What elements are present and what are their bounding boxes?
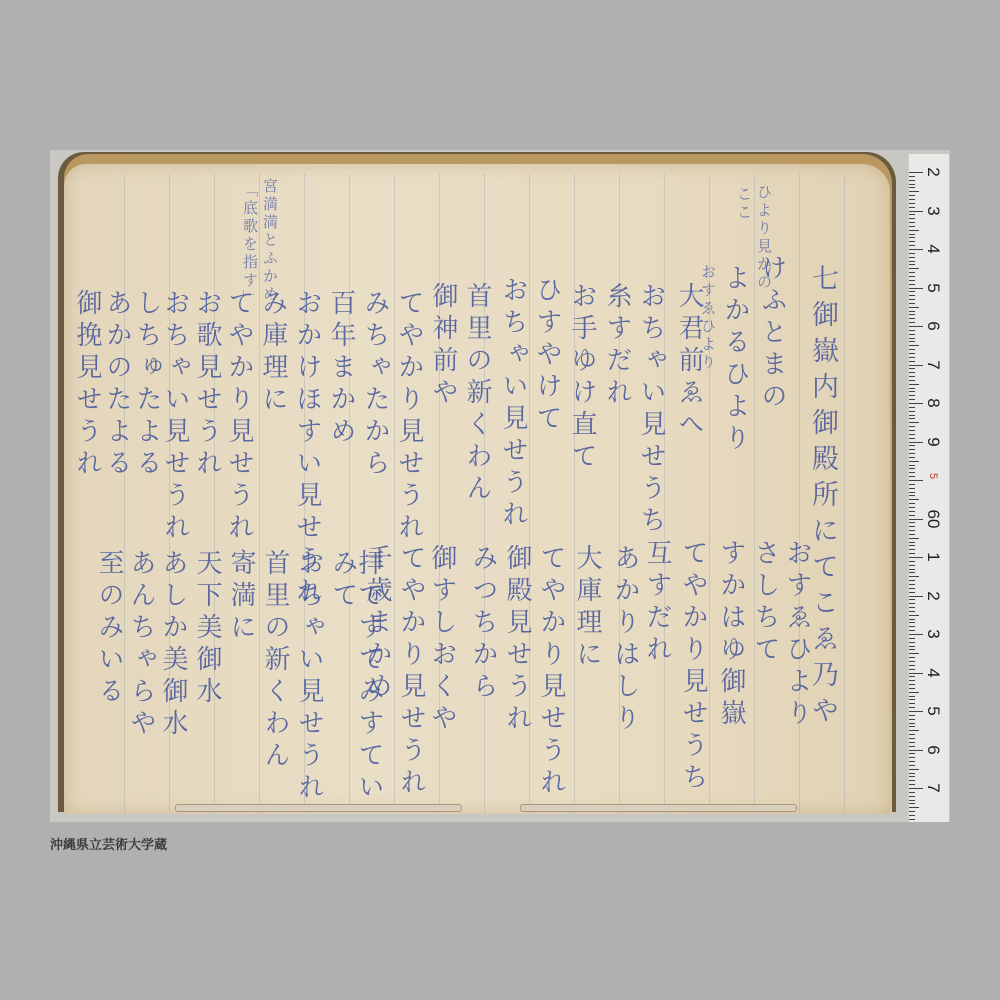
ruler-number: 9 [923, 432, 943, 452]
ruler-tick [909, 615, 919, 616]
ruler-tick [909, 688, 915, 689]
text-column: 糸すだれ [604, 282, 630, 410]
text-column: おちゃい見せうれ [500, 276, 526, 532]
ruler-tick [909, 680, 915, 681]
text-column: てやかり見せうれ [226, 289, 252, 545]
ruler-tick [909, 284, 915, 285]
ruler-tick [909, 326, 923, 327]
ruler-tick [909, 353, 915, 354]
ruler-tick [909, 484, 915, 485]
ruled-line [574, 174, 575, 814]
ruler-tick [909, 214, 915, 215]
text-column: あしか美御水 [160, 549, 186, 741]
text-column: みちゃたから [362, 289, 388, 481]
ruler-tick [909, 291, 915, 292]
ruler-tick [909, 726, 915, 727]
text-column: おすゑひより [784, 539, 810, 731]
ruler-tick [909, 222, 915, 223]
text-column: 大庫理に [574, 544, 600, 672]
ruler-tick [909, 796, 915, 797]
ruler-tick [909, 449, 915, 450]
ruler-tick [909, 311, 915, 312]
text-column: よかるひより [722, 264, 748, 456]
annotation: ひより見かの [756, 184, 771, 292]
text-column: 寄満に [228, 549, 254, 645]
ruler-tick [909, 341, 915, 342]
ruler-tick [909, 241, 915, 242]
ruler-tick [909, 565, 915, 566]
ruler-number: 7 [923, 778, 943, 798]
ruled-line [124, 174, 125, 814]
ruler-number: 6 [923, 316, 943, 336]
ruler-tick [909, 334, 915, 335]
ruler-tick [909, 619, 915, 620]
text-column: あかのたよる [104, 289, 130, 481]
document-photo: 七御嶽内御殿所にてこゑ乃や けふとまの よかるひより おすゑひより 大君前ゑへ … [50, 150, 950, 822]
ruler-tick [909, 684, 915, 685]
text-column: 御神前や [430, 282, 456, 410]
ruler-tick [909, 257, 915, 258]
ruler-tick [909, 719, 915, 720]
ruler-tick [909, 234, 915, 235]
ruler-tick [909, 657, 915, 658]
ruler-tick [909, 707, 915, 708]
ruler-number: 3 [923, 201, 943, 221]
ruler-tick [909, 307, 919, 308]
ruler-tick [909, 268, 919, 269]
ruler-tick [909, 638, 915, 639]
ruler-tick [909, 665, 915, 666]
text-column: お歌見せうれ [194, 289, 220, 481]
ruler-tick [909, 230, 919, 231]
ruler-tick [909, 750, 923, 751]
text-column: てやかり見せうち [680, 539, 706, 795]
ruler-tick [909, 572, 915, 573]
text-column: 御すしおくや [429, 544, 455, 736]
ruler-tick [909, 445, 915, 446]
text-column: さしちて [752, 539, 778, 667]
ruler-tick [909, 646, 915, 647]
ruler-tick [909, 322, 915, 323]
ruler-tick [909, 422, 919, 423]
ruler-tick [909, 357, 915, 358]
ruler-tick [909, 734, 915, 735]
text-column: み庫理に [260, 289, 286, 417]
ruler-tick [909, 545, 915, 546]
ruler-tick [909, 634, 923, 635]
notebook-page: 七御嶽内御殿所にてこゑ乃や けふとまの よかるひより おすゑひより 大君前ゑへ … [64, 164, 890, 814]
ruler-tick [909, 237, 915, 238]
ruler-tick [909, 711, 923, 712]
ruler-number: 7 [923, 355, 943, 375]
ruler-tick [909, 549, 915, 550]
ruler-tick [909, 522, 915, 523]
ruler-tick [909, 434, 915, 435]
ruler-tick [909, 388, 915, 389]
ruler-tick [909, 180, 915, 181]
ruler-tick [909, 384, 919, 385]
text-column: すかはゆ御嶽 [718, 539, 744, 731]
ruler-tick [909, 819, 915, 820]
ruler-tick [909, 561, 915, 562]
ruler-tick [909, 757, 915, 758]
ruler-tick [909, 380, 915, 381]
ruler-tick [909, 438, 915, 439]
ruler-tick [909, 264, 915, 265]
ruler-tick [909, 553, 915, 554]
text-column: ひすやけて [534, 276, 560, 436]
ruler-tick [909, 696, 915, 697]
ruler-tick [909, 784, 915, 785]
ruler-tick [909, 418, 915, 419]
ruler-tick [909, 368, 915, 369]
ruler-tick [909, 569, 915, 570]
text-column: 首里の新くわん [464, 282, 490, 506]
ruler-number: 2 [923, 586, 943, 606]
ruler-tick [909, 207, 915, 208]
ruler-tick [909, 426, 915, 427]
ruler-number: 5 [923, 278, 943, 298]
ruler-number: 8 [923, 393, 943, 413]
ruler-tick [909, 676, 915, 677]
ruler-tick [909, 403, 923, 404]
ruler-tick [909, 630, 915, 631]
ruler-tick [909, 411, 915, 412]
binding-thread [175, 804, 462, 812]
ruler-tick [909, 472, 915, 473]
ruler-tick [909, 653, 919, 654]
ruler-tick [909, 349, 915, 350]
collection-caption: 沖縄県立芸術大学蔵 [50, 834, 167, 853]
ruler-tick [909, 345, 919, 346]
measuring-ruler: 2345678956012345678 [908, 154, 949, 822]
ruler-tick [909, 218, 915, 219]
text-column: 拝ですてみすていみて [330, 549, 382, 814]
ruler-tick [909, 211, 923, 212]
ruler-tick [909, 776, 915, 777]
ruler-tick [909, 249, 923, 250]
ruler-tick [909, 649, 915, 650]
ruler-tick [909, 661, 915, 662]
text-column: 百年まかめ [328, 289, 354, 449]
ruler-tick [909, 815, 915, 816]
text-column: てやかり見せうれ [396, 289, 422, 545]
ruler-tick [909, 800, 915, 801]
annotation: 「底歌を指す」 [242, 182, 257, 308]
text-column: 互すだれ [644, 539, 670, 667]
binding-thread [520, 804, 797, 812]
ruler-tick [909, 495, 915, 496]
ruler-tick [909, 588, 915, 589]
text-column: てやかり見せうれ [398, 544, 424, 800]
ruler-number: 4 [923, 663, 943, 683]
text-column: 首里の新くわん [262, 549, 288, 773]
ruler-number: 60 [923, 509, 943, 529]
text-column: 天下美御水 [194, 549, 220, 709]
text-column: てやかり見せうれ [538, 544, 564, 800]
ruled-line [844, 174, 845, 814]
ruler-tick [909, 442, 923, 443]
ruler-tick [909, 530, 915, 531]
ruled-line [214, 174, 215, 814]
ruler-tick [909, 557, 923, 558]
ruler-tick [909, 318, 915, 319]
ruler-tick [909, 746, 915, 747]
ruler-tick [909, 253, 915, 254]
ruler-tick [909, 468, 915, 469]
ruler-tick [909, 330, 915, 331]
ruler-tick [909, 338, 915, 339]
ruler-tick [909, 365, 923, 366]
ruler-tick [909, 465, 915, 466]
text-column: おちゃい見せうれ [296, 549, 322, 805]
text-column: みつちから [470, 544, 496, 704]
text-column: あかりはしり [612, 544, 638, 736]
ruler-tick [909, 476, 915, 477]
text-column: あんちゃらや [128, 549, 154, 741]
ruler-tick [909, 542, 915, 543]
ruler-tick [909, 507, 915, 508]
ruler-tick [909, 803, 915, 804]
ruler-tick [909, 430, 915, 431]
ruler-tick [909, 622, 915, 623]
ruler-tick [909, 395, 915, 396]
ruler-tick [909, 276, 915, 277]
ruler-tick [909, 538, 919, 539]
ruler-tick [909, 176, 915, 177]
ruler-tick [909, 534, 915, 535]
text-column: 御殿見せうれ [504, 544, 530, 736]
ruler-tick [909, 738, 915, 739]
ruler-tick [909, 626, 915, 627]
ruler-tick [909, 280, 915, 281]
ruler-tick [909, 723, 915, 724]
ruler-tick [909, 499, 919, 500]
ruler-tick [909, 361, 915, 362]
ruler-tick [909, 187, 915, 188]
ruler-tick [909, 811, 915, 812]
ruler-number: 2 [923, 162, 943, 182]
ruler-tick [909, 461, 919, 462]
ruler-tick [909, 295, 915, 296]
annotation: ここ [736, 186, 751, 222]
ruler-tick [909, 515, 915, 516]
ruler-tick [909, 703, 915, 704]
ruler-number: 5 [927, 466, 939, 486]
ruler-tick [909, 584, 915, 585]
ruler-tick [909, 299, 915, 300]
ruler-tick [909, 511, 915, 512]
ruler-tick [909, 245, 915, 246]
ruler-tick [909, 314, 915, 315]
ruler-tick [909, 488, 915, 489]
ruler-tick [909, 399, 915, 400]
ruler-tick [909, 303, 915, 304]
ruler-tick [909, 172, 923, 173]
ruler-number: 6 [923, 740, 943, 760]
ruler-tick [909, 184, 915, 185]
annotation: 宮満満とふかめ [262, 178, 277, 304]
ruler-tick [909, 526, 915, 527]
ruler-tick [909, 730, 919, 731]
ruler-tick [909, 195, 915, 196]
ruler-tick [909, 391, 915, 392]
title-column: 七御嶽内御殿所にてこゑ乃や [809, 264, 836, 732]
ruler-tick [909, 692, 919, 693]
ruler-tick [909, 203, 915, 204]
text-column: お手ゆけ直て [569, 282, 595, 474]
ruler-tick [909, 765, 915, 766]
ruler-tick [909, 673, 923, 674]
ruler-tick [909, 792, 915, 793]
ruler-tick [909, 742, 915, 743]
ruler-tick [909, 761, 915, 762]
text-column: しちゅたよる [134, 289, 160, 481]
ruler-tick [909, 773, 915, 774]
ruler-number: 4 [923, 239, 943, 259]
text-column: 至のみいる [96, 549, 122, 709]
ruler-tick [909, 492, 915, 493]
ruler-tick [909, 603, 915, 604]
ruler-tick [909, 226, 915, 227]
ruler-tick [909, 592, 915, 593]
ruler-number: 3 [923, 624, 943, 644]
ruler-tick [909, 599, 915, 600]
ruler-tick [909, 457, 915, 458]
ruler-tick [909, 580, 915, 581]
ruler-tick [909, 372, 915, 373]
ruler-number: 8 [923, 817, 943, 823]
ruler-tick [909, 576, 919, 577]
ruler-tick [909, 769, 919, 770]
ruler-tick [909, 699, 915, 700]
ruler-tick [909, 607, 915, 608]
ruler-tick [909, 376, 915, 377]
ruler-tick [909, 788, 923, 789]
ruler-tick [909, 669, 915, 670]
ruler-tick [909, 191, 919, 192]
ruler-tick [909, 596, 923, 597]
text-column: おちゃい見せうち [638, 282, 664, 538]
ruler-tick [909, 415, 915, 416]
ruler-tick [909, 753, 915, 754]
ruler-number: 5 [923, 701, 943, 721]
ruler-tick [909, 715, 915, 716]
ruler-tick [909, 261, 915, 262]
ruler-tick [909, 407, 915, 408]
ruler-tick [909, 642, 915, 643]
text-column: おちゃい見せうれ [162, 289, 188, 545]
ruler-tick [909, 611, 915, 612]
ruler-tick [909, 480, 923, 481]
ruler-tick [909, 453, 915, 454]
ruler-number: 1 [923, 547, 943, 567]
ruler-tick [909, 807, 919, 808]
ruler-tick [909, 199, 915, 200]
ruler-tick [909, 519, 923, 520]
ruler-tick [909, 780, 915, 781]
ruler-tick [909, 272, 915, 273]
ruler-tick [909, 503, 915, 504]
ruler-tick [909, 288, 923, 289]
text-column: 御挽見せうれ [74, 289, 100, 481]
text-column: 大君前ゑへ [676, 282, 702, 442]
